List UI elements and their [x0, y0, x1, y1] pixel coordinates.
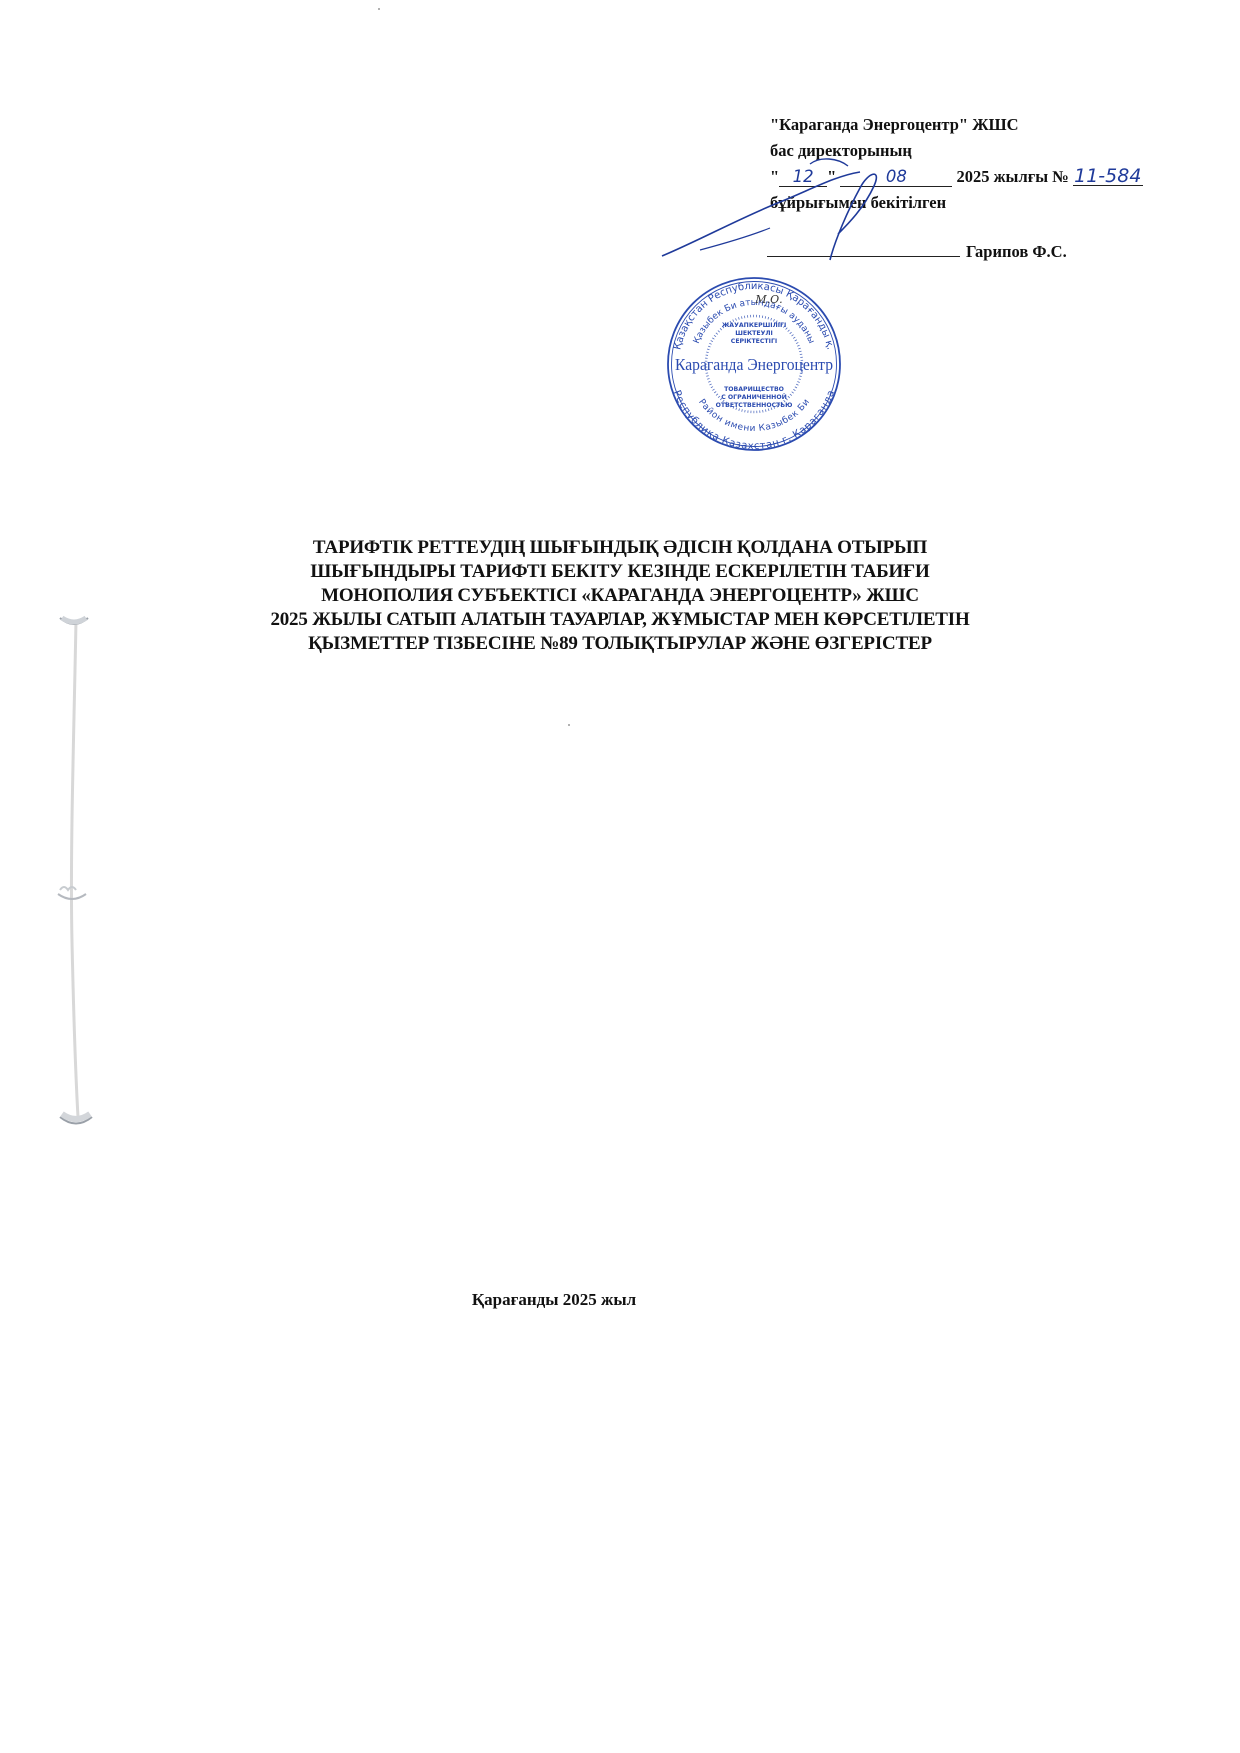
year-text: 2025 жылғы № — [956, 167, 1068, 186]
svg-text:ТОВАРИЩЕСТВО: ТОВАРИЩЕСТВО — [724, 386, 784, 393]
approval-date-line: "12"08 2025 жылғы №11-584 — [770, 164, 1143, 190]
title-line: МОНОПОЛИЯ СУБЪЕКТІСІ «КАРАГАНДА ЭНЕРГОЦЕ… — [0, 584, 1240, 608]
signature-line — [767, 242, 960, 257]
svg-text:ШЕКТЕУЛІ: ШЕКТЕУЛІ — [735, 330, 773, 337]
quote-open: " — [770, 167, 779, 186]
svg-text:ОТВЕТСТВЕННОСТЬЮ: ОТВЕТСТВЕННОСТЬЮ — [716, 402, 793, 409]
handwritten-day: 12 — [779, 168, 827, 187]
signature-row: Гарипов Ф.С. — [770, 242, 1067, 262]
place-year: Қарағанды 2025 жыл — [472, 1290, 636, 1309]
company-stamp-icon: Қазақстан Республикасы Қарағанды қ. Қазы… — [665, 275, 843, 453]
approval-approved-line: бұйрығымен бекітілген — [770, 190, 1143, 216]
svg-text:С ОГРАНИЧЕННОЙ: С ОГРАНИЧЕННОЙ — [721, 392, 787, 401]
svg-text:ЖАУАПКЕРШІЛІГІ: ЖАУАПКЕРШІЛІГІ — [722, 322, 787, 329]
approval-position: бас директорының — [770, 138, 1143, 164]
title-line: 2025 ЖЫЛЫ САТЫП АЛАТЫН ТАУАРЛАР, ЖҰМЫСТА… — [0, 608, 1240, 632]
svg-text:М.О.: М.О. — [754, 293, 782, 306]
svg-text:Караганда Энергоцентр: Караганда Энергоцентр — [675, 355, 833, 374]
quote-close: " — [827, 167, 836, 186]
binding-thread-icon — [52, 612, 102, 1132]
place-year-footer: Қарағанды 2025 жыл — [0, 1290, 1240, 1310]
svg-text:СЕРІКТЕСТІГІ: СЕРІКТЕСТІГІ — [731, 338, 777, 345]
title-line: ШЫҒЫНДЫРЫ ТАРИФТІ БЕКІТУ КЕЗІНДЕ ЕСКЕРІЛ… — [0, 560, 1240, 584]
approval-organization: "Караганда Энергоцентр" ЖШС — [770, 112, 1143, 138]
title-line: ҚЫЗМЕТТЕР ТІЗБЕСІНЕ №89 ТОЛЫҚТЫРУЛАР ЖӘН… — [0, 632, 1240, 656]
scan-artifact — [568, 724, 570, 726]
approval-block: "Караганда Энергоцентр" ЖШС бас директор… — [770, 112, 1143, 216]
handwritten-order-number: 11-584 — [1073, 167, 1143, 186]
scan-artifact — [378, 8, 380, 10]
signatory-name: Гарипов Ф.С. — [966, 242, 1067, 261]
title-line: ТАРИФТІК РЕТТЕУДІҢ ШЫҒЫНДЫҚ ӘДІСІН ҚОЛДА… — [0, 536, 1240, 560]
document-title: ТАРИФТІК РЕТТЕУДІҢ ШЫҒЫНДЫҚ ӘДІСІН ҚОЛДА… — [0, 536, 1240, 656]
handwritten-month: 08 — [840, 168, 952, 187]
